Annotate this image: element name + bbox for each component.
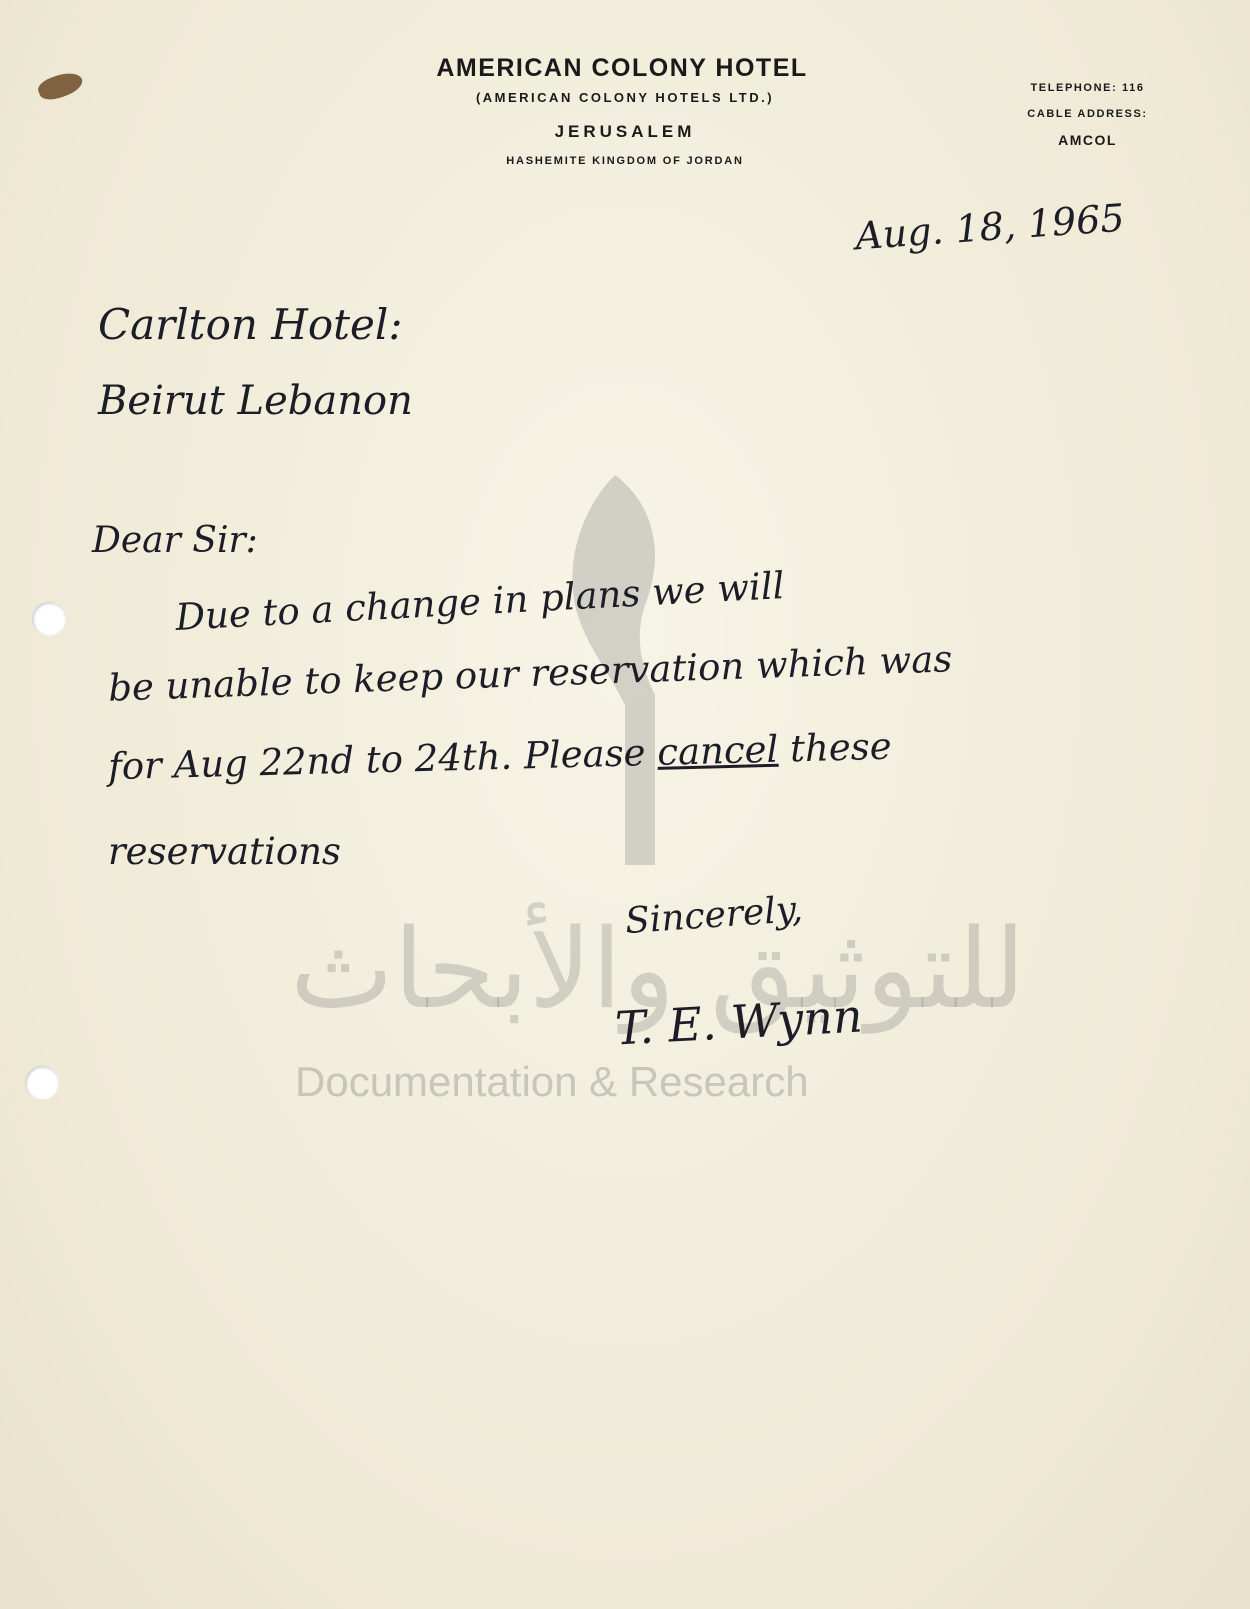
body-text: these [790,725,893,771]
hotel-name: AMERICAN COLONY HOTEL [0,54,1247,83]
punch-hole [32,602,66,636]
watermark-text: Documentation & Research [295,1058,809,1106]
letter-date: Aug. 18, 1965 [854,196,1126,259]
signature: T. E. Wynn [614,989,864,1056]
country: HASHEMITE KINGDOM OF JORDAN [0,155,1250,167]
emphasis-cancel: cancel [657,728,779,774]
body-line: be unable to keep our reservation which … [108,637,953,709]
body-line: for Aug 22nd to 24th. Please cancel thes… [108,725,893,788]
recipient-line: Beirut Lebanon [98,378,413,424]
telephone: TELEPHONE: 116 [1000,82,1175,94]
body-line: Due to a change in plans we will [174,564,785,639]
cable-label: CABLE ADDRESS: [1000,108,1175,120]
punch-hole [25,1066,59,1100]
cable-address: AMCOL [1000,132,1175,148]
salutation: Dear Sir: [92,520,258,561]
body-line: reservations [108,830,341,873]
recipient-line: Carlton Hotel: [98,300,402,349]
